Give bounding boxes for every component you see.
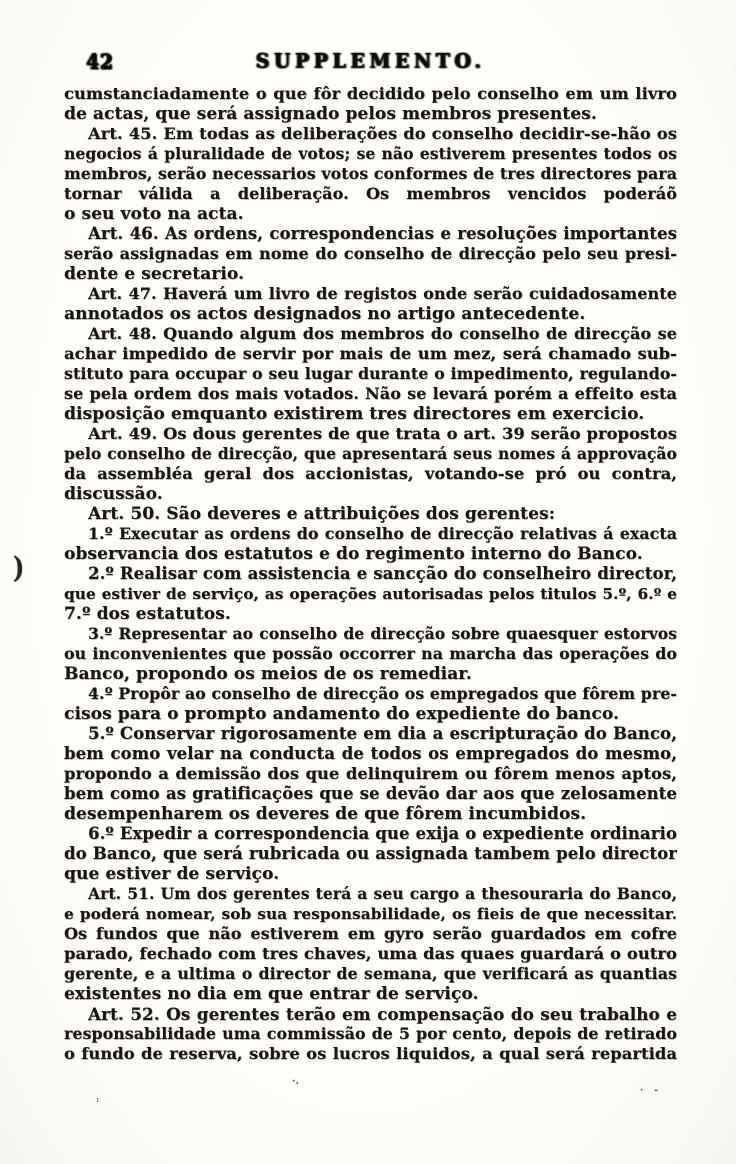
text-line: Art. 46. As ordens, correspondencias e r… (64, 224, 677, 244)
running-title: SUPPLEMENTO. (64, 49, 677, 72)
text-line: 2.º Realisar com assistencia e sancção d… (64, 564, 677, 584)
text-line: ou inconvenientes que possão occorrer na… (64, 644, 677, 664)
text-line: Art. 51. Um dos gerentes terá a seu carg… (64, 884, 677, 904)
text-line: 5.º Conservar rigorosamente em dia a esc… (64, 724, 677, 744)
text-line: 7.º dos estatutos. (64, 604, 677, 624)
text-line: negocios á pluralidade de votos; se não … (64, 144, 677, 164)
text-line: serão assignadas em nome do conselho de … (64, 244, 677, 264)
text-line: achar impedido de servir por mais de um … (64, 344, 677, 364)
text-line: de actas, que será assignado pelos membr… (64, 104, 677, 124)
text-line: Banco, propondo os meios de os remediar. (64, 664, 677, 684)
text-line: existentes no dia em que entrar de servi… (64, 984, 677, 1004)
text-line: do Banco, que será rubricada ou assignad… (64, 844, 677, 864)
text-line: Art. 45. Em todas as deliberações do con… (64, 124, 677, 144)
page-header: 42 SUPPLEMENTO. (64, 50, 677, 78)
margin-ink-mark: ) (13, 550, 24, 585)
text-line: bem como as gratificações que se devão d… (64, 784, 677, 804)
text-line: cisos para o prompto andamento do expedi… (64, 704, 677, 724)
text-line: pelo conselho de direcção, que apresenta… (64, 444, 677, 464)
text-block: cumstanciadamente o que fôr decidido pel… (64, 84, 677, 1064)
text-line: annotados os actos designados no artigo … (64, 304, 677, 324)
text-line: 6.º Expedir a correspondencia que exija … (64, 824, 677, 844)
text-line: Art. 47. Haverá um livro de registos ond… (64, 284, 677, 304)
text-line: observancia dos estatutos e do regimento… (64, 544, 677, 564)
scanned-page: 42 SUPPLEMENTO. ) cumstanciadamente o qu… (0, 0, 736, 1164)
text-line: Art. 50. São deveres e attribuições dos … (64, 504, 677, 524)
text-line: desempenharem os deveres de que fôrem in… (64, 804, 677, 824)
ink-speck: ·. (292, 1076, 299, 1087)
text-line: Art. 49. Os dous gerentes de que trata o… (64, 424, 677, 444)
text-line: 3.º Representar ao conselho de direcção … (64, 624, 677, 644)
text-line: da assembléa geral dos accionistas, vota… (64, 464, 677, 484)
text-line: membros, serão necessarios votos conform… (64, 164, 677, 184)
text-line: Art. 52. Os gerentes terão em compensaçã… (64, 1004, 677, 1024)
ink-speck: · - (640, 1086, 662, 1096)
text-line: discussão. (64, 484, 677, 504)
text-line: tornar válida a deliberação. Os membros … (64, 184, 677, 204)
text-line: Art. 48. Quando algum dos membros do con… (64, 324, 677, 344)
text-line: o fundo de reserva, sobre os lucros liqu… (64, 1044, 677, 1064)
text-line: responsabilidade uma commissão de 5 por … (64, 1024, 677, 1044)
text-line: propondo a demissão dos que delinquirem … (64, 764, 677, 784)
text-line: 4.º Propôr ao conselho de direcção os em… (64, 684, 677, 704)
text-line: dente e secretario. (64, 264, 677, 284)
text-line: gerente, e a ultima o director de semana… (64, 964, 677, 984)
text-line: 1.º Executar as ordens do conselho de di… (64, 524, 677, 544)
text-line: que estiver de serviço. (64, 864, 677, 884)
text-line: e poderá nomear, sob sua responsabilidad… (64, 904, 677, 924)
text-line: que estiver de serviço, as operações aut… (64, 584, 677, 604)
text-line: cumstanciadamente o que fôr decidido pel… (64, 84, 677, 104)
text-line: se pela ordem dos mais votados. Não se l… (64, 384, 677, 404)
text-line: stituto para occupar o seu lugar durante… (64, 364, 677, 384)
text-line: o seu voto na acta. (64, 204, 677, 224)
text-line: disposição emquanto existirem tres direc… (64, 404, 677, 424)
text-line: Os fundos que não estiverem em gyro serã… (64, 924, 677, 944)
text-line: parado, fechado com tres chaves, uma das… (64, 944, 677, 964)
ink-speck: : (96, 1094, 99, 1104)
text-line: bem como velar na conducta de todos os e… (64, 744, 677, 764)
